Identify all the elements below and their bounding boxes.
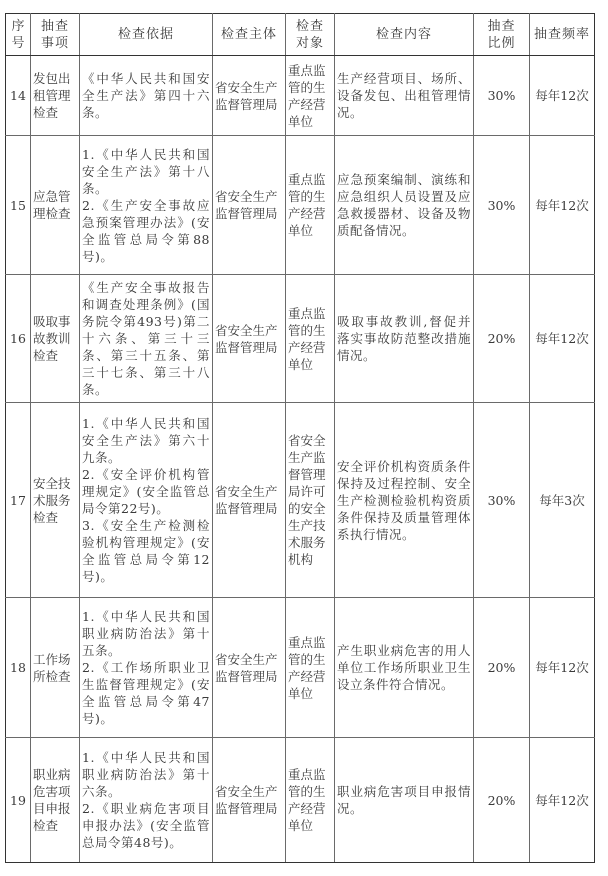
header-content: 检查内容	[335, 14, 474, 56]
row-content: 职业病危害项目申报情况。	[335, 738, 474, 863]
inspection-table: 序号 抽查事项 检查依据 检查主体 检查对象 检查内容 抽查比例 抽查频率 14…	[5, 13, 595, 863]
row-subject: 省安全生产监督管理局	[213, 598, 286, 738]
basis-line: 《中华人民共和国安全生产法》第四十六条。	[82, 70, 210, 121]
row-seq: 14	[6, 56, 31, 136]
basis-line: 2.《职业病危害项目申报办法》(安全监管总局令第48号)。	[82, 800, 210, 851]
row-ratio: 20%	[474, 738, 530, 863]
header-frequency: 抽查频率	[530, 14, 595, 56]
row-target: 重点监管的生产经营单位	[286, 136, 335, 275]
row-subject: 省安全生产监督管理局	[213, 738, 286, 863]
table-row: 15 应急管理检查 1.《中华人民共和国安全生产法》第十八条。 2.《生产安全事…	[6, 136, 595, 275]
row-item: 应急管理检查	[31, 136, 80, 275]
row-seq: 19	[6, 738, 31, 863]
row-content: 应急预案编制、演练和应急组织人员设置及应急救援器材、设备及物质配备情况。	[335, 136, 474, 275]
row-seq: 15	[6, 136, 31, 275]
basis-line: 2.《生产安全事故应急预案管理办法》(安全监管总局令第88号)。	[82, 197, 210, 265]
header-item: 抽查事项	[31, 14, 80, 56]
basis-line: 1.《中华人民共和国职业病防治法》第十五条。	[82, 608, 210, 659]
row-subject: 省安全生产监督管理局	[213, 403, 286, 598]
row-seq: 18	[6, 598, 31, 738]
row-seq: 17	[6, 403, 31, 598]
row-frequency: 每年12次	[530, 56, 595, 136]
row-subject: 省安全生产监督管理局	[213, 136, 286, 275]
row-frequency: 每年12次	[530, 275, 595, 403]
row-content: 安全评价机构资质条件保持及过程控制、安全生产检测检验机构资质条件保持及质量管理体…	[335, 403, 474, 598]
basis-line: 1.《中华人民共和国安全生产法》第十八条。	[82, 146, 210, 197]
row-subject: 省安全生产监督管理局	[213, 275, 286, 403]
table-row: 16 吸取事故教训检查 《生产安全事故报告和调查处理条例》(国务院令第493号)…	[6, 275, 595, 403]
row-item: 安全技术服务检查	[31, 403, 80, 598]
row-target: 重点监管的生产经营单位	[286, 738, 335, 863]
basis-line: 2.《安全评价机构管理规定》(安全监管总局令第22号)。	[82, 466, 210, 517]
row-target: 重点监管的生产经营单位	[286, 598, 335, 738]
row-ratio: 30%	[474, 136, 530, 275]
row-target: 重点监管的生产经营单位	[286, 56, 335, 136]
basis-line: 2.《工作场所职业卫生监督管理规定》(安全监管总局令第47号)。	[82, 659, 210, 727]
row-basis: 1.《中华人民共和国职业病防治法》第十六条。 2.《职业病危害项目申报办法》(安…	[80, 738, 213, 863]
header-seq: 序号	[6, 14, 31, 56]
header-row: 序号 抽查事项 检查依据 检查主体 检查对象 检查内容 抽查比例 抽查频率	[6, 14, 595, 56]
row-basis: 1.《中华人民共和国安全生产法》第十八条。 2.《生产安全事故应急预案管理办法》…	[80, 136, 213, 275]
basis-line: 1.《中华人民共和国职业病防治法》第十六条。	[82, 749, 210, 800]
row-ratio: 20%	[474, 275, 530, 403]
row-item: 发包出租管理检查	[31, 56, 80, 136]
row-content: 生产经营项目、场所、设备发包、出租管理情况。	[335, 56, 474, 136]
basis-line: 1.《中华人民共和国安全生产法》第六十九条。	[82, 415, 210, 466]
row-target: 重点监管的生产经营单位	[286, 275, 335, 403]
row-content: 吸取事故教训,督促并落实事故防范整改措施情况。	[335, 275, 474, 403]
table-row: 17 安全技术服务检查 1.《中华人民共和国安全生产法》第六十九条。 2.《安全…	[6, 403, 595, 598]
row-basis: 1.《中华人民共和国安全生产法》第六十九条。 2.《安全评价机构管理规定》(安全…	[80, 403, 213, 598]
basis-line: 《生产安全事故报告和调查处理条例》(国务院令第493号)第二十六条、第三十三条、…	[82, 279, 210, 398]
row-frequency: 每年12次	[530, 738, 595, 863]
row-basis: 1.《中华人民共和国职业病防治法》第十五条。 2.《工作场所职业卫生监督管理规定…	[80, 598, 213, 738]
row-ratio: 20%	[474, 598, 530, 738]
row-basis: 《生产安全事故报告和调查处理条例》(国务院令第493号)第二十六条、第三十三条、…	[80, 275, 213, 403]
row-content: 产生职业病危害的用人单位工作场所职业卫生设立条件符合情况。	[335, 598, 474, 738]
row-ratio: 30%	[474, 56, 530, 136]
table-row: 18 工作场所检查 1.《中华人民共和国职业病防治法》第十五条。 2.《工作场所…	[6, 598, 595, 738]
header-basis: 检查依据	[80, 14, 213, 56]
row-frequency: 每年12次	[530, 136, 595, 275]
row-seq: 16	[6, 275, 31, 403]
row-basis: 《中华人民共和国安全生产法》第四十六条。	[80, 56, 213, 136]
row-frequency: 每年3次	[530, 403, 595, 598]
row-frequency: 每年12次	[530, 598, 595, 738]
row-item: 工作场所检查	[31, 598, 80, 738]
row-subject: 省安全生产监督管理局	[213, 56, 286, 136]
row-ratio: 30%	[474, 403, 530, 598]
table-row: 19 职业病危害项目申报检查 1.《中华人民共和国职业病防治法》第十六条。 2.…	[6, 738, 595, 863]
row-item: 吸取事故教训检查	[31, 275, 80, 403]
basis-line: 3.《安全生产检测检验机构管理规定》(安全监管总局令第12号)。	[82, 517, 210, 585]
header-subject: 检查主体	[213, 14, 286, 56]
header-target: 检查对象	[286, 14, 335, 56]
row-target: 省安全生产监督管理局许可的安全生产技术服务机构	[286, 403, 335, 598]
header-ratio: 抽查比例	[474, 14, 530, 56]
row-item: 职业病危害项目申报检查	[31, 738, 80, 863]
table-row: 14 发包出租管理检查 《中华人民共和国安全生产法》第四十六条。 省安全生产监督…	[6, 56, 595, 136]
